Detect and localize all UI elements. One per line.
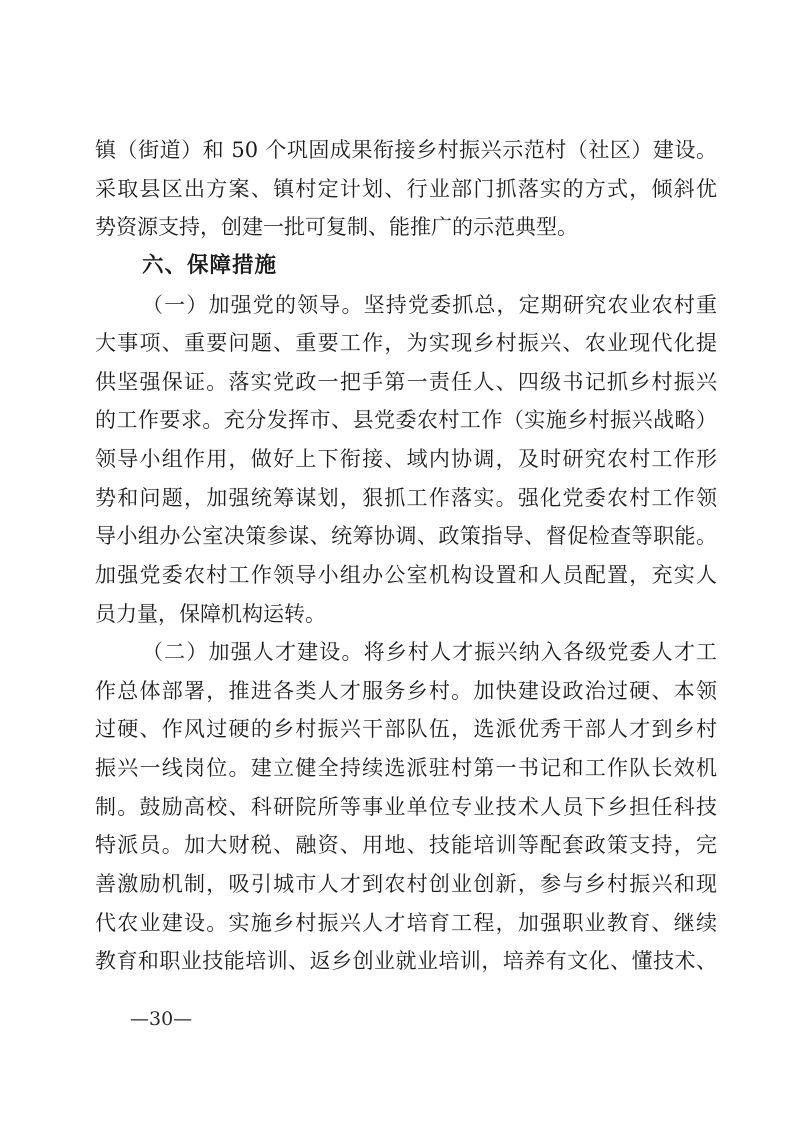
- text-line: 员力量，保障机构运转。: [95, 595, 717, 634]
- text-line: 特派员。加大财税、融资、用地、技能培训等配套政策支持，完: [95, 826, 717, 865]
- text-line: 领导小组作用，做好上下衔接、域内协调，及时研究农村工作形: [95, 440, 717, 479]
- text-line: 大事项、重要问题、重要工作，为实现乡村振兴、农业现代化提: [95, 324, 717, 363]
- text-line: 制。鼓励高校、科研院所等事业单位专业技术人员下乡担任科技: [95, 788, 717, 827]
- page-number: —30—: [130, 1005, 192, 1033]
- document-body: 镇（街道）和 50 个巩固成果衔接乡村振兴示范村（社区）建设。采取县区出方案、镇…: [95, 131, 717, 981]
- text-line: 导小组办公室决策参谋、统筹协调、政策指导、督促检查等职能。: [95, 517, 717, 556]
- text-line: （一）加强党的领导。坚持党委抓总，定期研究农业农村重: [95, 286, 717, 325]
- text-line: 加强党委农村工作领导小组办公室机构设置和人员配置，充实人: [95, 556, 717, 595]
- section-heading: 六、保障措施: [95, 247, 717, 286]
- text-line: 代农业建设。实施乡村振兴人才培育工程，加强职业教育、继续: [95, 904, 717, 943]
- text-line: 振兴一线岗位。建立健全持续选派驻村第一书记和工作队长效机: [95, 749, 717, 788]
- text-line: 镇（街道）和 50 个巩固成果衔接乡村振兴示范村（社区）建设。: [95, 131, 717, 170]
- text-line: 教育和职业技能培训、返乡创业就业培训，培养有文化、懂技术、: [95, 942, 717, 981]
- text-line: （二）加强人才建设。将乡村人才振兴纳入各级党委人才工: [95, 633, 717, 672]
- text-line: 势和问题，加强统筹谋划，狠抓工作落实。强化党委农村工作领: [95, 479, 717, 518]
- text-line: 的工作要求。充分发挥市、县党委农村工作（实施乡村振兴战略）: [95, 401, 717, 440]
- text-line: 过硬、作风过硬的乡村振兴干部队伍，选派优秀干部人才到乡村: [95, 710, 717, 749]
- text-line: 作总体部署，推进各类人才服务乡村。加快建设政治过硬、本领: [95, 672, 717, 711]
- text-line: 势资源支持，创建一批可复制、能推广的示范典型。: [95, 208, 717, 247]
- text-line: 善激励机制，吸引城市人才到农村创业创新，参与乡村振兴和现: [95, 865, 717, 904]
- document-page: 镇（街道）和 50 个巩固成果衔接乡村振兴示范村（社区）建设。采取县区出方案、镇…: [0, 0, 793, 1122]
- text-line: 供坚强保证。落实党政一把手第一责任人、四级书记抓乡村振兴: [95, 363, 717, 402]
- text-line: 采取县区出方案、镇村定计划、行业部门抓落实的方式，倾斜优: [95, 170, 717, 209]
